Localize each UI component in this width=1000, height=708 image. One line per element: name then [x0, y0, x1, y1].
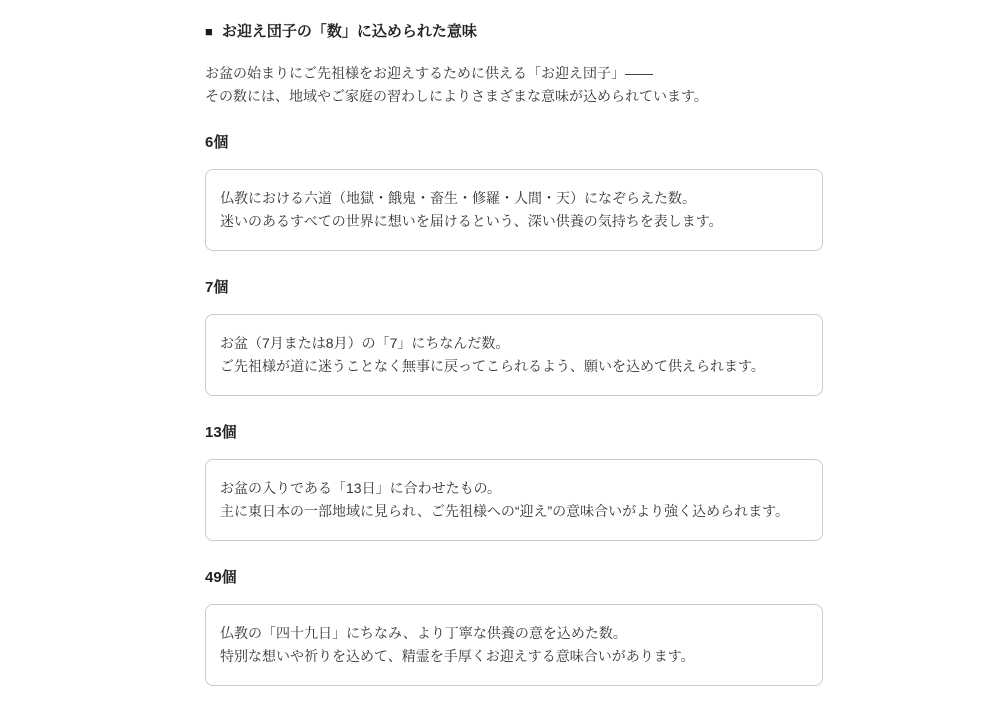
dango-count-section-6: 6個 仏教における六道（地獄・餓鬼・畜生・修羅・人間・天）になぞらえた数。 迷い… — [205, 133, 825, 251]
description-line: 特別な想いや祈りを込めて、精霊を手厚くお迎えする意味合いがあります。 — [220, 645, 808, 668]
count-heading: 6個 — [205, 133, 825, 153]
description-line: 仏教における六道（地獄・餓鬼・畜生・修羅・人間・天）になぞらえた数。 — [220, 187, 808, 210]
description-card: お盆の入りである「13日」に合わせたもの。 主に東日本の一部地域に見られ、ご先祖… — [205, 459, 823, 541]
count-heading: 49個 — [205, 568, 825, 588]
page-title: ■ お迎え団子の「数」に込められた意味 — [205, 22, 825, 42]
description-line: 迷いのあるすべての世界に想いを届けるという、深い供養の気持ちを表します。 — [220, 210, 808, 233]
count-heading: 7個 — [205, 278, 825, 298]
dango-count-section-49: 49個 仏教の「四十九日」にちなみ、より丁寧な供養の意を込めた数。 特別な想いや… — [205, 568, 825, 686]
intro-paragraph: お盆の始まりにご先祖様をお迎えするために供える「お迎え団子」―― その数には、地… — [205, 62, 825, 108]
dango-count-section-7: 7個 お盆（7月または8月）の「7」にちなんだ数。 ご先祖様が道に迷うことなく無… — [205, 278, 825, 396]
description-line: 仏教の「四十九日」にちなみ、より丁寧な供養の意を込めた数。 — [220, 622, 808, 645]
page: ■ お迎え団子の「数」に込められた意味 お盆の始まりにご先祖様をお迎えするために… — [0, 0, 1000, 708]
intro-line-1: お盆の始まりにご先祖様をお迎えするために供える「お迎え団子」―― — [205, 65, 653, 81]
intro-line-2: その数には、地域やご家庭の習わしによりさまざまな意味が込められています。 — [205, 88, 708, 104]
description-card: お盆（7月または8月）の「7」にちなんだ数。 ご先祖様が道に迷うことなく無事に戻… — [205, 314, 823, 396]
description-line: ご先祖様が道に迷うことなく無事に戻ってこられるよう、願いを込めて供えられます。 — [220, 355, 808, 378]
description-line: お盆の入りである「13日」に合わせたもの。 — [220, 477, 808, 500]
description-card: 仏教における六道（地獄・餓鬼・畜生・修羅・人間・天）になぞらえた数。 迷いのある… — [205, 169, 823, 251]
description-line: 主に東日本の一部地域に見られ、ご先祖様への“迎え”の意味合いがより強く込められま… — [220, 500, 808, 523]
page-title-text: お迎え団子の「数」に込められた意味 — [222, 22, 477, 42]
count-heading: 13個 — [205, 423, 825, 443]
article: ■ お迎え団子の「数」に込められた意味 お盆の始まりにご先祖様をお迎えするために… — [205, 0, 825, 686]
description-line: お盆（7月または8月）の「7」にちなんだ数。 — [220, 332, 808, 355]
square-bullet-icon: ■ — [205, 22, 213, 42]
dango-count-section-13: 13個 お盆の入りである「13日」に合わせたもの。 主に東日本の一部地域に見られ… — [205, 423, 825, 541]
description-card: 仏教の「四十九日」にちなみ、より丁寧な供養の意を込めた数。 特別な想いや祈りを込… — [205, 604, 823, 686]
